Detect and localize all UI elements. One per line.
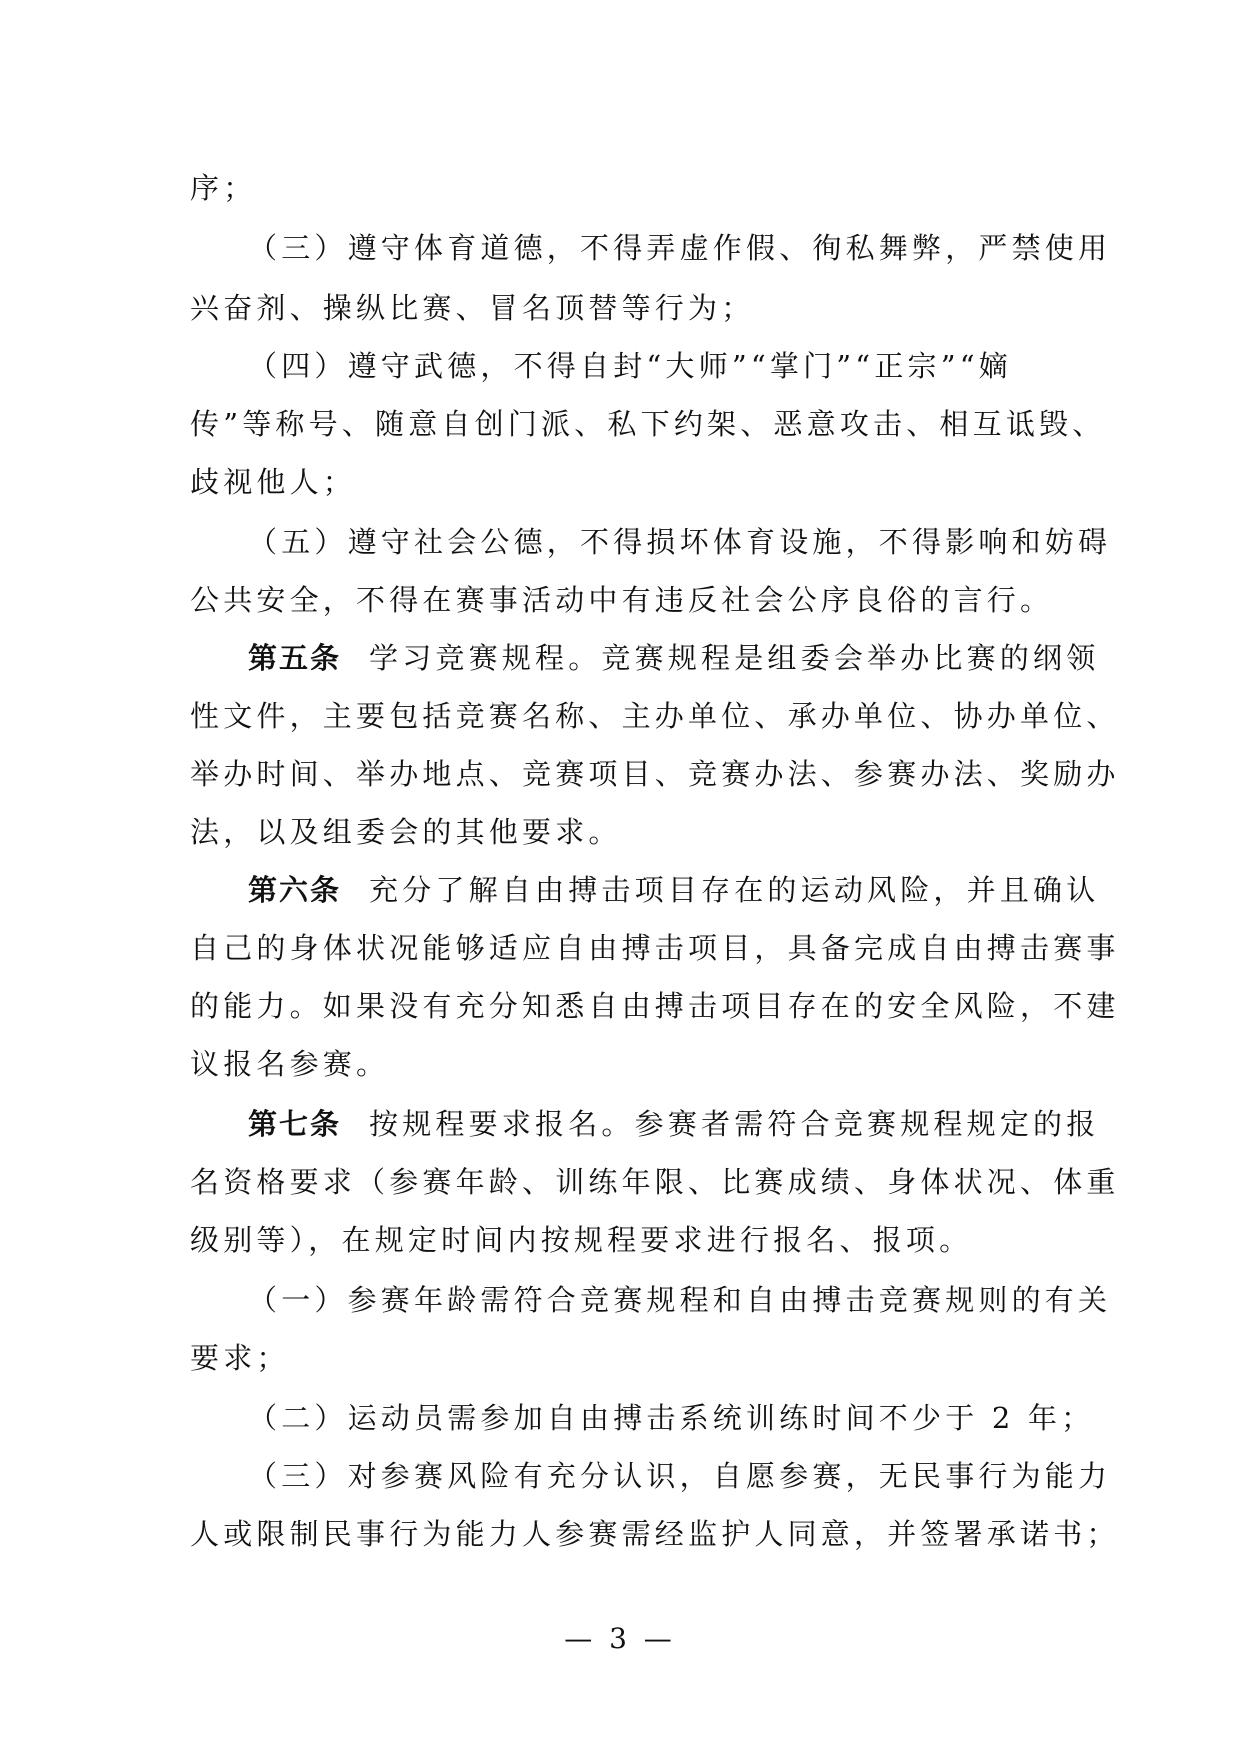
document-page: 序；（三）遵守体育道德，不得弄虚作假、徇私舞弊，严禁使用兴奋剂、操纵比赛、冒名顶… <box>0 0 1240 1754</box>
line-text: （二）运动员需参加自由搏击系统训练时间不少于 2 年； <box>248 1401 1094 1435</box>
line-text: 兴奋剂、操纵比赛、冒名顶替等行为； <box>190 291 754 325</box>
line-text: 自己的身体状况能够适应自由搏击项目，具备完成自由搏击赛事 <box>190 931 1120 965</box>
line-text: 传”等称号、随意自创门派、私下约架、恶意攻击、相互诋毁、 <box>190 407 1105 441</box>
line-text: 议报名参赛。 <box>190 1047 389 1081</box>
text-line: 兴奋剂、操纵比赛、冒名顶替等行为； <box>190 288 1060 328</box>
line-text: 法，以及组委会的其他要求。 <box>190 815 622 849</box>
line-text: 要求； <box>190 1341 290 1375</box>
line-text: 序； <box>190 171 256 205</box>
line-text: 的能力。如果没有充分知悉自由搏击项目存在的安全风险，不建 <box>190 989 1120 1023</box>
article-label: 第五条 <box>248 641 341 675</box>
line-text: 充分了解自由搏击项目存在的运动风险，并且确认 <box>369 873 1099 907</box>
text-line: 歧视他人； <box>190 462 1060 502</box>
text-line: 要求； <box>190 1338 1060 1378</box>
text-line: （一）参赛年龄需符合竞赛规程和自由搏击竞赛规则的有关 <box>248 1280 1118 1320</box>
page-number: — 3 — <box>0 1622 1240 1655</box>
line-text: （五）遵守社会公德，不得损坏体育设施，不得影响和妨碍 <box>248 525 1111 559</box>
text-line: 自己的身体状况能够适应自由搏击项目，具备完成自由搏击赛事 <box>190 928 1060 968</box>
line-text: 学习竞赛规程。竞赛规程是组委会举办比赛的纲领 <box>369 641 1099 675</box>
line-text: （四）遵守武德，不得自封“大师”“掌门”“正宗”“嫡 <box>248 349 1012 383</box>
text-line: 性文件，主要包括竞赛名称、主办单位、承办单位、协办单位、 <box>190 696 1060 736</box>
line-text: 按规程要求报名。参赛者需符合竞赛规程规定的报 <box>369 1107 1099 1141</box>
article-label: 第七条 <box>248 1107 341 1141</box>
text-line: 序； <box>190 168 1060 208</box>
line-text: 级别等），在规定时间内按规程要求进行报名、报项。 <box>190 1223 972 1257</box>
text-line: 的能力。如果没有充分知悉自由搏击项目存在的安全风险，不建 <box>190 986 1060 1026</box>
text-line: 级别等），在规定时间内按规程要求进行报名、报项。 <box>190 1220 1060 1260</box>
line-text: 公共安全，不得在赛事活动中有违反社会公序良俗的言行。 <box>190 583 1053 617</box>
article-heading-line: 第六条充分了解自由搏击项目存在的运动风险，并且确认 <box>248 870 1118 910</box>
text-line: （二）运动员需参加自由搏击系统训练时间不少于 2 年； <box>248 1398 1118 1438</box>
line-text: 歧视他人； <box>190 465 356 499</box>
line-text: 性文件，主要包括竞赛名称、主办单位、承办单位、协办单位、 <box>190 699 1120 733</box>
article-heading-line: 第五条学习竞赛规程。竞赛规程是组委会举办比赛的纲领 <box>248 638 1118 678</box>
text-line: （三）遵守体育道德，不得弄虚作假、徇私舞弊，严禁使用 <box>248 228 1118 268</box>
line-text: （三）遵守体育道德，不得弄虚作假、徇私舞弊，严禁使用 <box>248 231 1111 265</box>
text-line: （四）遵守武德，不得自封“大师”“掌门”“正宗”“嫡 <box>248 346 1118 386</box>
text-line: 名资格要求（参赛年龄、训练年限、比赛成绩、身体状况、体重 <box>190 1162 1060 1202</box>
text-line: 举办时间、举办地点、竞赛项目、竞赛办法、参赛办法、奖励办 <box>190 754 1060 794</box>
line-text: （三）对参赛风险有充分认识，自愿参赛，无民事行为能力 <box>248 1459 1111 1493</box>
line-text: （一）参赛年龄需符合竞赛规程和自由搏击竞赛规则的有关 <box>248 1283 1111 1317</box>
line-text: 名资格要求（参赛年龄、训练年限、比赛成绩、身体状况、体重 <box>190 1165 1120 1199</box>
line-text: 举办时间、举办地点、竞赛项目、竞赛办法、参赛办法、奖励办 <box>190 757 1120 791</box>
line-text: 人或限制民事行为能力人参赛需经监护人同意，并签署承诺书； <box>190 1517 1120 1551</box>
article-heading-line: 第七条按规程要求报名。参赛者需符合竞赛规程规定的报 <box>248 1104 1118 1144</box>
text-line: （三）对参赛风险有充分认识，自愿参赛，无民事行为能力 <box>248 1456 1118 1496</box>
text-line: 传”等称号、随意自创门派、私下约架、恶意攻击、相互诋毁、 <box>190 404 1060 444</box>
text-line: 议报名参赛。 <box>190 1044 1060 1084</box>
text-line: 法，以及组委会的其他要求。 <box>190 812 1060 852</box>
text-line: （五）遵守社会公德，不得损坏体育设施，不得影响和妨碍 <box>248 522 1118 562</box>
article-label: 第六条 <box>248 873 341 907</box>
text-line: 人或限制民事行为能力人参赛需经监护人同意，并签署承诺书； <box>190 1514 1060 1554</box>
text-line: 公共安全，不得在赛事活动中有违反社会公序良俗的言行。 <box>190 580 1060 620</box>
